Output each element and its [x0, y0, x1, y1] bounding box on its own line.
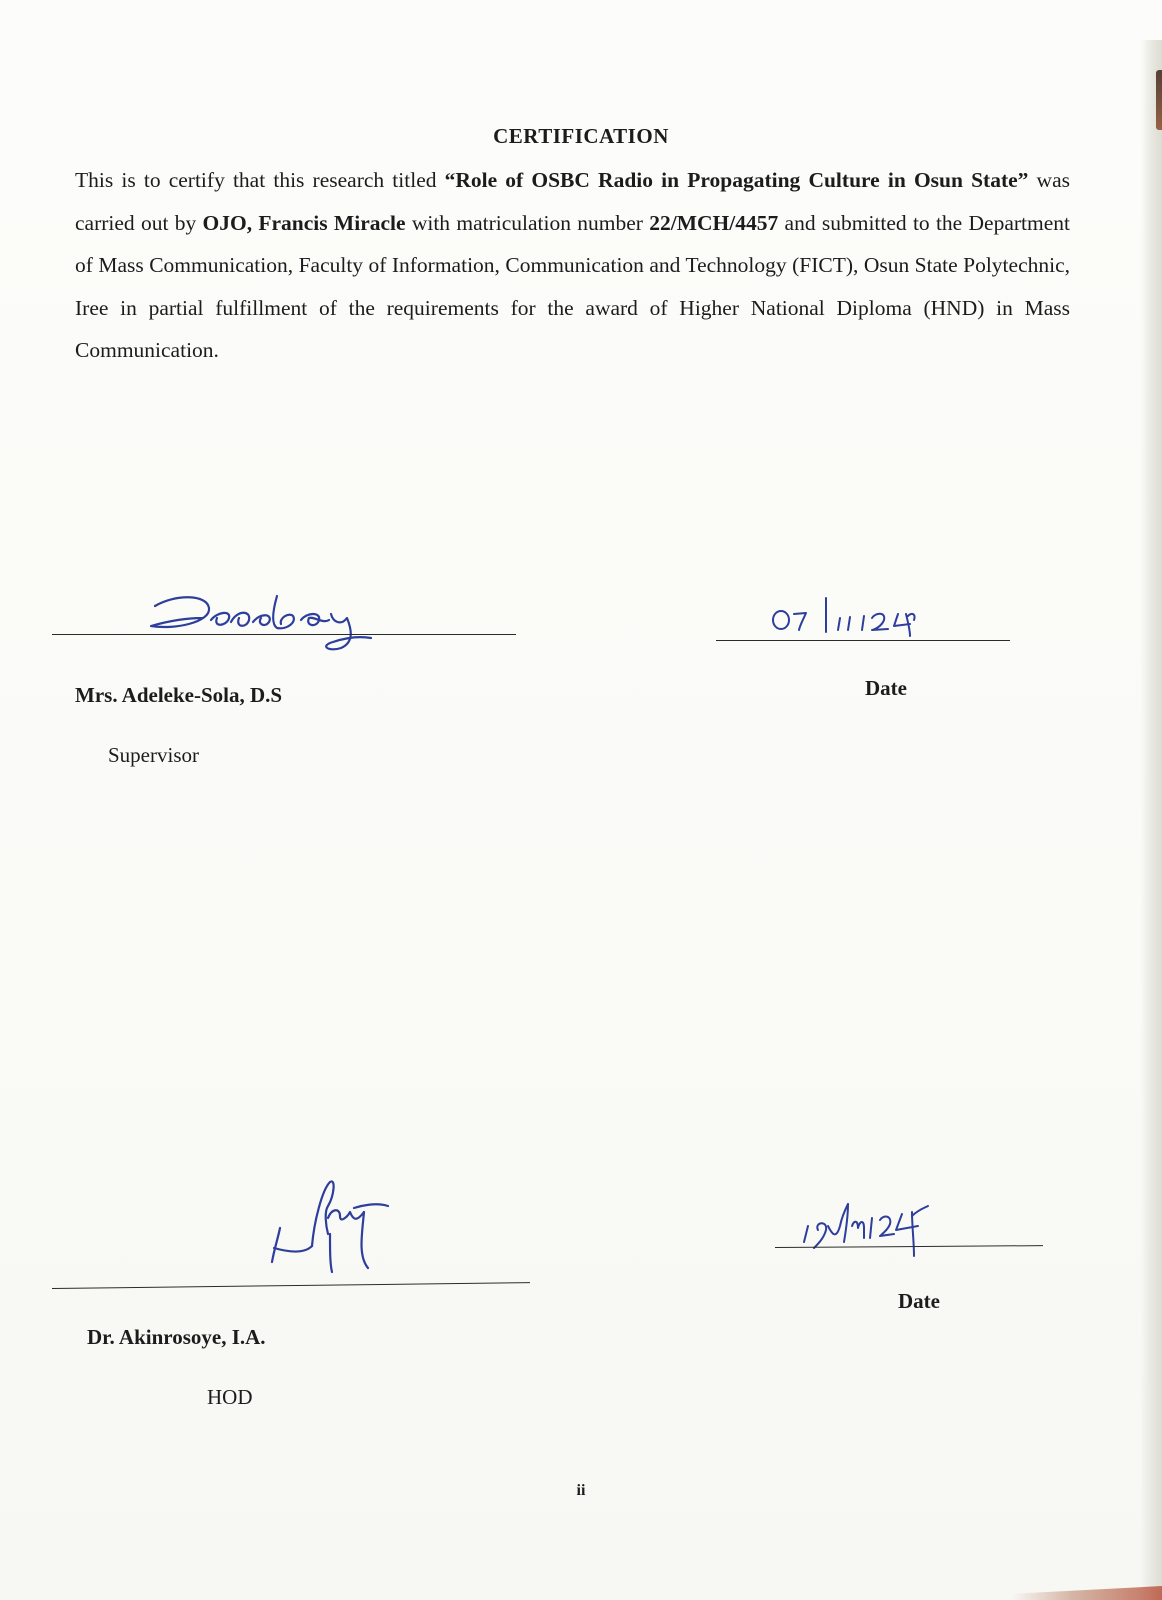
supervisor-signature [145, 588, 405, 658]
binding-edge [1156, 70, 1162, 130]
supervisor-role: Supervisor [108, 743, 199, 768]
hod-date-handwritten [800, 1196, 980, 1266]
document-title: CERTIFICATION [0, 124, 1162, 149]
supervisor-signature-line [52, 634, 516, 635]
certification-paragraph: This is to certify that this research ti… [75, 159, 1070, 372]
matric-number: 22/MCH/4457 [649, 211, 778, 235]
page-edge-shadow [1140, 40, 1162, 1600]
supervisor-date-label: Date [865, 676, 907, 701]
research-title: “Role of OSBC Radio in Propagating Cultu… [445, 168, 1029, 192]
hod-name: Dr. Akinrosoye, I.A. [87, 1325, 266, 1350]
paragraph-text: with matriculation number [406, 211, 650, 235]
hod-date-label: Date [898, 1289, 940, 1314]
page-corner-mark [1012, 1586, 1162, 1600]
document-page: CERTIFICATION This is to certify that th… [0, 0, 1162, 1600]
paragraph-text: This is to certify that this research ti… [75, 168, 445, 192]
supervisor-date-line [716, 640, 1010, 641]
hod-signature [268, 1172, 418, 1302]
page-number: ii [0, 1482, 1162, 1500]
hod-role: HOD [207, 1385, 253, 1410]
supervisor-name: Mrs. Adeleke-Sola, D.S [75, 683, 282, 708]
student-name: OJO, Francis Miracle [203, 211, 406, 235]
supervisor-date-handwritten [770, 592, 970, 638]
